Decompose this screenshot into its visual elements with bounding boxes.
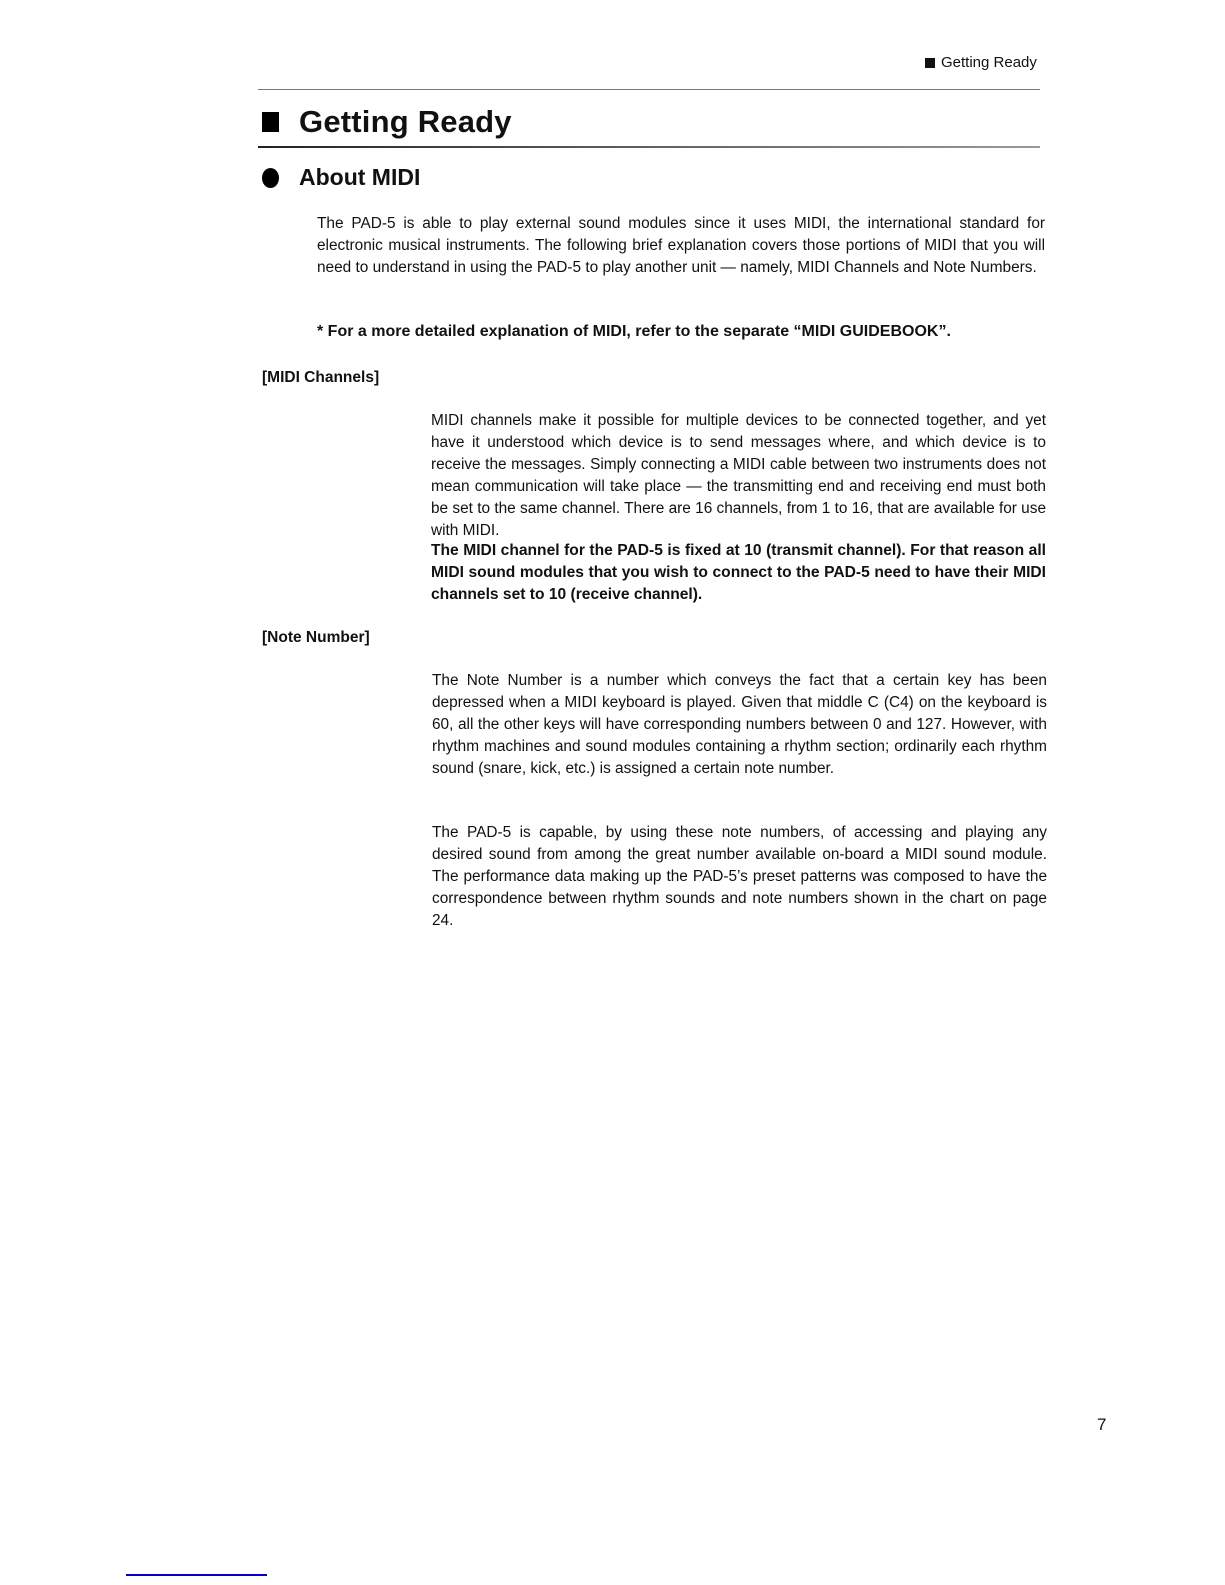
page-number: 7 [1097,1415,1106,1435]
section-heading: Getting Ready [262,104,512,140]
running-header: Getting Ready [925,54,1037,71]
note-number-paragraph-1: The Note Number is a number which convey… [432,670,1047,780]
header-divider [258,89,1040,90]
section-title: Getting Ready [299,104,512,140]
running-header-text: Getting Ready [941,54,1037,71]
note-number-paragraph-2: The PAD-5 is capable, by using these not… [432,822,1047,932]
midi-channels-paragraph: MIDI channels make it possible for multi… [431,410,1046,542]
subsection-heading: About MIDI [262,164,420,191]
square-bullet-icon [262,112,279,132]
circle-bullet-icon [262,168,279,188]
subsection-title: About MIDI [299,164,420,191]
intro-paragraph: The PAD-5 is able to play external sound… [317,213,1045,279]
section-divider [258,146,1040,148]
midi-channels-label: [MIDI Channels] [262,369,379,387]
footer-link-underline[interactable] [126,1574,267,1576]
midi-channels-bold-paragraph: The MIDI channel for the PAD-5 is fixed … [431,540,1046,606]
square-bullet-icon [925,58,935,68]
note-number-label: [Note Number] [262,629,370,647]
guidebook-note: * For a more detailed explanation of MID… [317,323,1045,341]
